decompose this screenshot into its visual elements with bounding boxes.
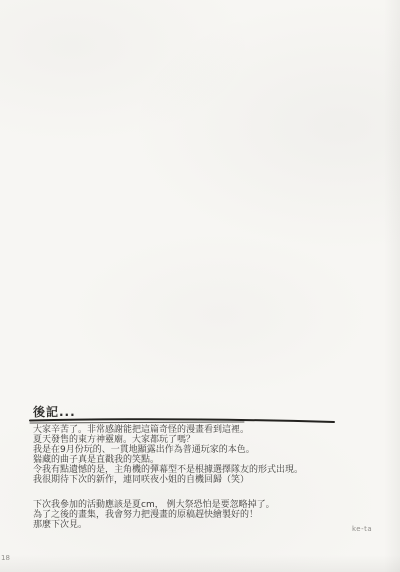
afterword-line: 夏天發售的東方神靈廟。大家都玩了嗎？ [33,435,303,445]
title-underline-stroke [28,417,338,425]
closing-line: 那麼下次見。 [33,520,275,530]
artist-credit: ke-ta [352,525,372,533]
closing-line: 下次我參加的活動應該是夏cm， 例大祭恐怕是要忽略掉了。 [33,500,275,510]
afterword-line: 令我有點遺憾的是，主角機的彈幕型不是根據選擇隊友的形式出現。 [33,465,303,475]
afterword-paragraph: 大家辛苦了。非常感謝能把這篇奇怪的漫畫看到這裡。 夏天發售的東方神靈廟。大家都玩… [33,425,303,485]
closing-line: 為了之後的畫集，我會努力把漫畫的原稿趕快繪製好的！ [33,510,275,520]
afterword-line: 我是在9月份玩的、一貫地顯露出作為普通玩家的本色。 [33,445,303,455]
afterword-line: 猯藏的曲子真是直戳我的笑點。 [33,455,303,465]
afterword-line: 我很期待下次的新作，連同咲夜小姐的自機回歸（笑） [33,475,303,485]
scanned-afterword-page: 後記... 大家辛苦了。非常感謝能把這篇奇怪的漫畫看到這裡。 夏天發售的東方神靈… [0,0,400,572]
closing-paragraph: 下次我參加的活動應該是夏cm， 例大祭恐怕是要忽略掉了。 為了之後的畫集，我會努… [33,500,275,530]
afterword-line: 大家辛苦了。非常感謝能把這篇奇怪的漫畫看到這裡。 [33,425,303,435]
page-number: 18 [1,554,10,562]
